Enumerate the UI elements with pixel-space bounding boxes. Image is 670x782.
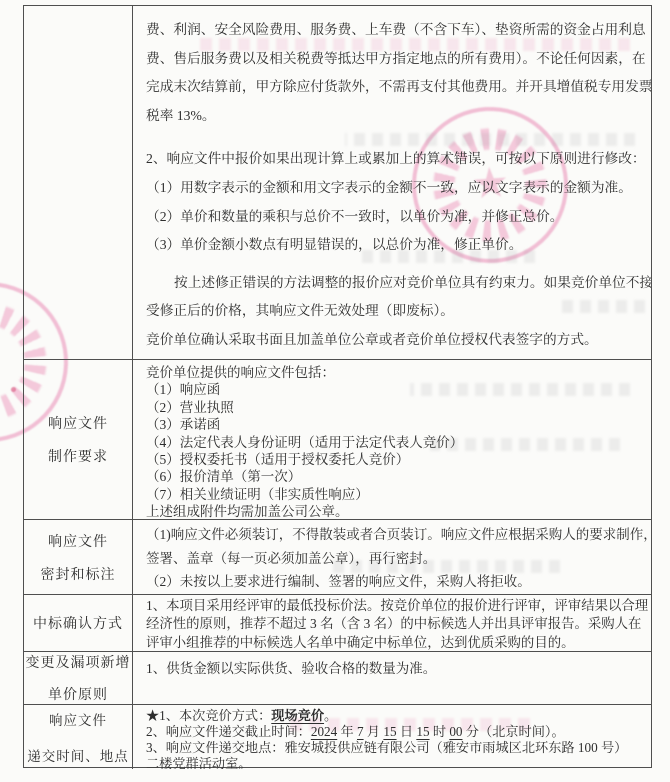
content-line: 上述组成附件均需加盖公司公章。 <box>146 503 645 519</box>
row-label-line: 密封和标注 <box>41 564 116 584</box>
row-label-line: 单价原则 <box>48 684 108 704</box>
content-line: 受修正后的价格，其响应文件无效处理（即废标）。 <box>146 297 645 326</box>
row-label-line: 中标确认方式 <box>33 613 123 633</box>
content-line: （1）用数字表示的金额和用文字表示的金额不一致，应以文字表示的金额为准。 <box>146 174 645 203</box>
row-label-cell-empty <box>24 6 133 359</box>
content-line: 按上述修正错误的方法调整的报价应对竞价单位具有约束力。如果竞价单位不接 <box>146 269 645 298</box>
row-label-sealing-and-marking: 响应文件 密封和标注 <box>24 520 133 594</box>
content-line: （2）未按以上要求进行编制、签署的响应文件，采购人将拒收。 <box>146 570 645 594</box>
content-line: （4）法定代表人身份证明（适用于法定代表人竞价） <box>146 434 645 451</box>
supply-amount-rule-cell: 1、供货金额以实际供货、验收合格的数量为准。 <box>133 652 651 704</box>
underlined-value: 15 <box>416 724 429 739</box>
scanned-document-page: { "colors": { "paper": "#fbfbf9", "ink":… <box>0 0 670 782</box>
row-label-award-confirmation: 中标确认方式 <box>24 595 133 651</box>
content-line: （3）单价金额小数点有明显错误的，以总价为准，修正单价。 <box>146 231 645 260</box>
content-line: 2、响应文件中报价如果出现计算上或累加上的算术错误，可按以下原则进行修改： <box>146 145 645 174</box>
content-line: 费、售后服务费以及相关税费等抵达甲方指定地点的所有费用）。不论任何因素，在 <box>146 45 645 74</box>
content-line: 签署、盖章（每一页必须加盖公章），再行密封。 <box>146 547 645 571</box>
content-line: （1)响应文件必须装订，不得散装或者合页装订。响应文件应根据采购人的要求制作， <box>146 523 645 547</box>
row-label-response-file-requirements: 响应文件 制作要求 <box>24 360 133 519</box>
row-label-change-and-omission-pricing: 变更及漏项新增 单价原则 <box>24 652 133 704</box>
content-line: 竞价单位提供的响应文件包括： <box>146 364 645 381</box>
bidding-method-line: ★1、本次竞价方式：现场竞价。 <box>146 708 645 724</box>
underlined-value: 00 <box>449 724 462 739</box>
content-line: 完成末次结算前，甲方除应付货款外，不需再支付其他费用。并开具增值税专用发票， <box>146 73 645 102</box>
content-line: 评审小组推荐的中标候选人名单中确定中标单位，达到优质采购的目的。 <box>146 634 645 651</box>
address-line-2: 二楼党群活动室。 <box>146 756 645 769</box>
content-line: 1、供货金额以实际供货、验收合格的数量为准。 <box>146 659 645 678</box>
submission-details-cell: ★1、本次竞价方式：现场竞价。 2、响应文件递交截止时间：2024 年 7 月 … <box>133 705 651 769</box>
content-line: （3）承诺函 <box>146 416 645 433</box>
row-label-line: 响应文件 <box>49 709 107 729</box>
deadline-line: 2、响应文件递交截止时间：2024 年 7 月 15 日 15 时 00 分（北… <box>146 724 645 740</box>
row-label-submission-time-place: 响应文件 递交时间、地点 <box>24 705 133 769</box>
table-row: 响应文件 密封和标注 （1)响应文件必须装订，不得散装或者合页装订。响应文件应根… <box>24 519 651 594</box>
content-line: （5）授权委托书（适用于授权委托人竞价） <box>146 451 645 468</box>
content-line: （2）单价和数量的乘积与总价不一致时，以单价为准，并修正总价。 <box>146 203 645 232</box>
text-segment: 分（北京时间）。 <box>463 724 565 739</box>
text-segment: 2、响应文件递交截止时间： <box>146 724 311 739</box>
text-segment: 时 <box>430 724 450 739</box>
row-label-line: 变更及漏项新增 <box>26 652 131 672</box>
table-row: 变更及漏项新增 单价原则 1、供货金额以实际供货、验收合格的数量为准。 <box>24 651 651 704</box>
underlined-value: 7 <box>357 724 364 739</box>
table-row: 中标确认方式 1、本项目采用经评审的最低投标价法。按竞价单位的报价进行评审，评审… <box>24 594 651 651</box>
row-label-line: 响应文件 <box>48 413 108 433</box>
content-line: 经济性的原则，推荐不超过 3 名（含 3 名）的中标候选人并出具评审报告。采购人… <box>146 615 645 633</box>
content-line: 1、本项目采用经评审的最低投标价法。按竞价单位的报价进行评审，评审结果以合理 <box>146 597 645 615</box>
text-segment: 日 <box>397 724 417 739</box>
underlined-value: 现场竞价 <box>271 708 324 723</box>
address-line: 3、响应文件递交地点：雅安城投供应链有限公司（雅安市雨城区北环东路 100 号） <box>146 740 645 756</box>
ink-dot-artifact <box>11 387 16 392</box>
row-label-line: 响应文件 <box>48 531 108 551</box>
content-line: （1）响应函 <box>146 381 645 398</box>
award-method-cell: 1、本项目采用经评审的最低投标价法。按竞价单位的报价进行评审，评审结果以合理 经… <box>133 595 651 651</box>
underlined-value: 2024 <box>311 724 337 739</box>
sealing-rules-cell: （1)响应文件必须装订，不得散装或者合页装订。响应文件应根据采购人的要求制作， … <box>133 520 651 594</box>
text-segment: ★1、本次竞价方式： <box>146 708 271 723</box>
row-label-line: 制作要求 <box>48 446 108 466</box>
price-and-correction-rules-cell: 费、利润、安全风险费用、服务费、上车费（不含下车）、垫资所需的资金占用利息 费、… <box>133 6 651 359</box>
text-segment: 。 <box>324 708 337 723</box>
text-segment: 月 <box>364 724 384 739</box>
table-row: 响应文件 递交时间、地点 ★1、本次竞价方式：现场竞价。 2、响应文件递交截止时… <box>24 704 651 769</box>
row-label-line: 递交时间、地点 <box>27 745 129 765</box>
content-line: （6）报价清单（第一次） <box>146 468 645 485</box>
content-line: 税率 13%。 <box>146 102 645 131</box>
content-line: 竞价单位确认采取书面且加盖单位公章或者竞价单位授权代表签字的方式。 <box>146 326 645 355</box>
table-row: 费、利润、安全风险费用、服务费、上车费（不含下车）、垫资所需的资金占用利息 费、… <box>24 6 651 359</box>
text-segment: 年 <box>337 724 357 739</box>
content-line: 费、利润、安全风险费用、服务费、上车费（不含下车）、垫资所需的资金占用利息 <box>146 16 645 45</box>
content-line: （2）营业执照 <box>146 399 645 416</box>
terms-table: 费、利润、安全风险费用、服务费、上车费（不含下车）、垫资所需的资金占用利息 费、… <box>23 5 652 768</box>
underlined-value: 15 <box>383 724 396 739</box>
table-row: 响应文件 制作要求 竞价单位提供的响应文件包括： （1）响应函 （2）营业执照 … <box>24 359 651 519</box>
content-line: （7）相关业绩证明（非实质性响应） <box>146 486 645 503</box>
response-file-contents-cell: 竞价单位提供的响应文件包括： （1）响应函 （2）营业执照 （3）承诺函 （4）… <box>133 360 651 519</box>
